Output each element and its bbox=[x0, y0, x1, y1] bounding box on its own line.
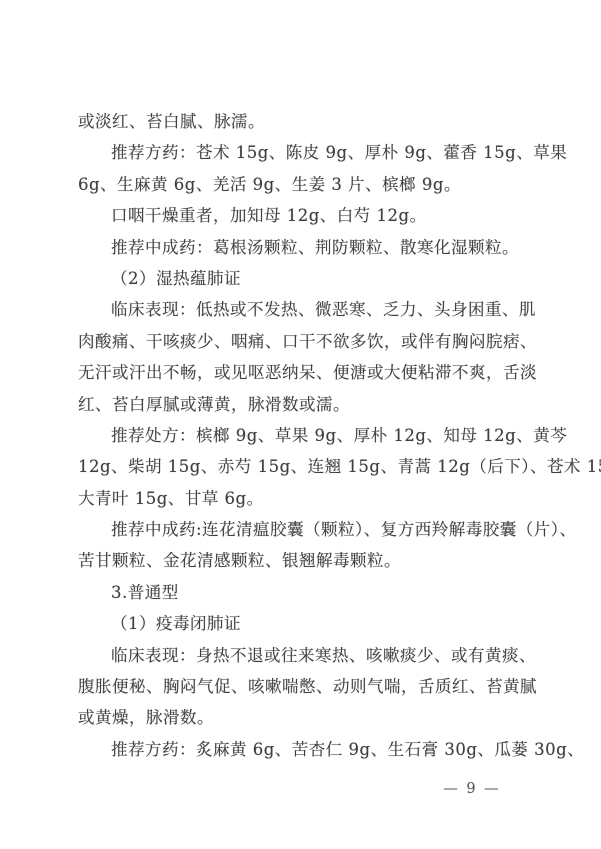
text-line: 推荐中成药：葛根汤颗粒、荆防颗粒、散寒化湿颗粒。 bbox=[78, 232, 524, 263]
text-line: 肉酸痛、干咳痰少、咽痛、口干不欲多饮，或伴有胸闷脘痞、 bbox=[78, 326, 524, 357]
text-line: 6g、生麻黄 6g、羌活 9g、生姜 3 片、槟榔 9g。 bbox=[78, 169, 524, 200]
paragraph-subheading: （2）湿热蕴肺证 bbox=[78, 263, 524, 294]
text-line: 临床表现：低热或不发热、微恶寒、乏力、头身困重、肌 bbox=[78, 294, 524, 325]
text-line: 口咽干燥重者，加知母 12g、白芍 12g。 bbox=[78, 200, 524, 231]
paragraph: 推荐中成药：葛根汤颗粒、荆防颗粒、散寒化湿颗粒。 bbox=[78, 232, 524, 263]
text-line: （1）疫毒闭肺证 bbox=[78, 608, 524, 639]
text-line: 大青叶 15g、甘草 6g。 bbox=[78, 483, 524, 514]
text-line: 推荐中成药:连花清瘟胶囊（颗粒）、复方西羚解毒胶囊（片）、 bbox=[78, 514, 524, 545]
text-line: 推荐方药：苍术 15g、陈皮 9g、厚朴 9g、藿香 15g、草果 bbox=[78, 137, 524, 168]
text-line: 12g、柴胡 15g、赤芍 15g、连翘 15g、青蒿 12g（后下）、苍术 1… bbox=[78, 451, 524, 482]
paragraph: 推荐方药：炙麻黄 6g、苦杏仁 9g、生石膏 30g、瓜蒌 30g、 bbox=[78, 734, 524, 765]
paragraph: 临床表现：身热不退或往来寒热、咳嗽痰少、或有黄痰、 腹胀便秘、胸闷气促、咳嗽喘憋… bbox=[78, 640, 524, 734]
text-line: （2）湿热蕴肺证 bbox=[78, 263, 524, 294]
paragraph-section-heading: 3.普通型 bbox=[78, 577, 524, 608]
paragraph: 推荐中成药:连花清瘟胶囊（颗粒）、复方西羚解毒胶囊（片）、 苦甘颗粒、金花清感颗… bbox=[78, 514, 524, 577]
paragraph: 或淡红、苔白腻、脉濡。 bbox=[78, 106, 524, 137]
paragraph: 口咽干燥重者，加知母 12g、白芍 12g。 bbox=[78, 200, 524, 231]
text-line: 3.普通型 bbox=[78, 577, 524, 608]
text-line: 或黄燥，脉滑数。 bbox=[78, 702, 524, 733]
page-body-text: 或淡红、苔白腻、脉濡。 推荐方药：苍术 15g、陈皮 9g、厚朴 9g、藿香 1… bbox=[78, 106, 524, 765]
text-line: 腹胀便秘、胸闷气促、咳嗽喘憋、动则气喘，舌质红、苔黄腻 bbox=[78, 671, 524, 702]
paragraph: 推荐处方：槟榔 9g、草果 9g、厚朴 12g、知母 12g、黄芩 12g、柴胡… bbox=[78, 420, 524, 514]
paragraph: 推荐方药：苍术 15g、陈皮 9g、厚朴 9g、藿香 15g、草果 6g、生麻黄… bbox=[78, 137, 524, 200]
paragraph: 临床表现：低热或不发热、微恶寒、乏力、头身困重、肌 肉酸痛、干咳痰少、咽痛、口干… bbox=[78, 294, 524, 420]
text-line: 或淡红、苔白腻、脉濡。 bbox=[78, 106, 524, 137]
paragraph-subheading: （1）疫毒闭肺证 bbox=[78, 608, 524, 639]
text-line: 苦甘颗粒、金花清感颗粒、银翘解毒颗粒。 bbox=[78, 545, 524, 576]
page-number: — 9 — bbox=[420, 781, 524, 797]
text-line: 临床表现：身热不退或往来寒热、咳嗽痰少、或有黄痰、 bbox=[78, 640, 524, 671]
text-line: 红、苔白厚腻或薄黄，脉滑数或濡。 bbox=[78, 389, 524, 420]
text-line: 无汗或汗出不畅，或见呕恶纳呆、便溏或大便粘滞不爽，舌淡 bbox=[78, 357, 524, 388]
text-line: 推荐方药：炙麻黄 6g、苦杏仁 9g、生石膏 30g、瓜蒌 30g、 bbox=[78, 734, 524, 765]
document-page: 或淡红、苔白腻、脉濡。 推荐方药：苍术 15g、陈皮 9g、厚朴 9g、藿香 1… bbox=[0, 0, 601, 849]
text-line: 推荐处方：槟榔 9g、草果 9g、厚朴 12g、知母 12g、黄芩 bbox=[78, 420, 524, 451]
